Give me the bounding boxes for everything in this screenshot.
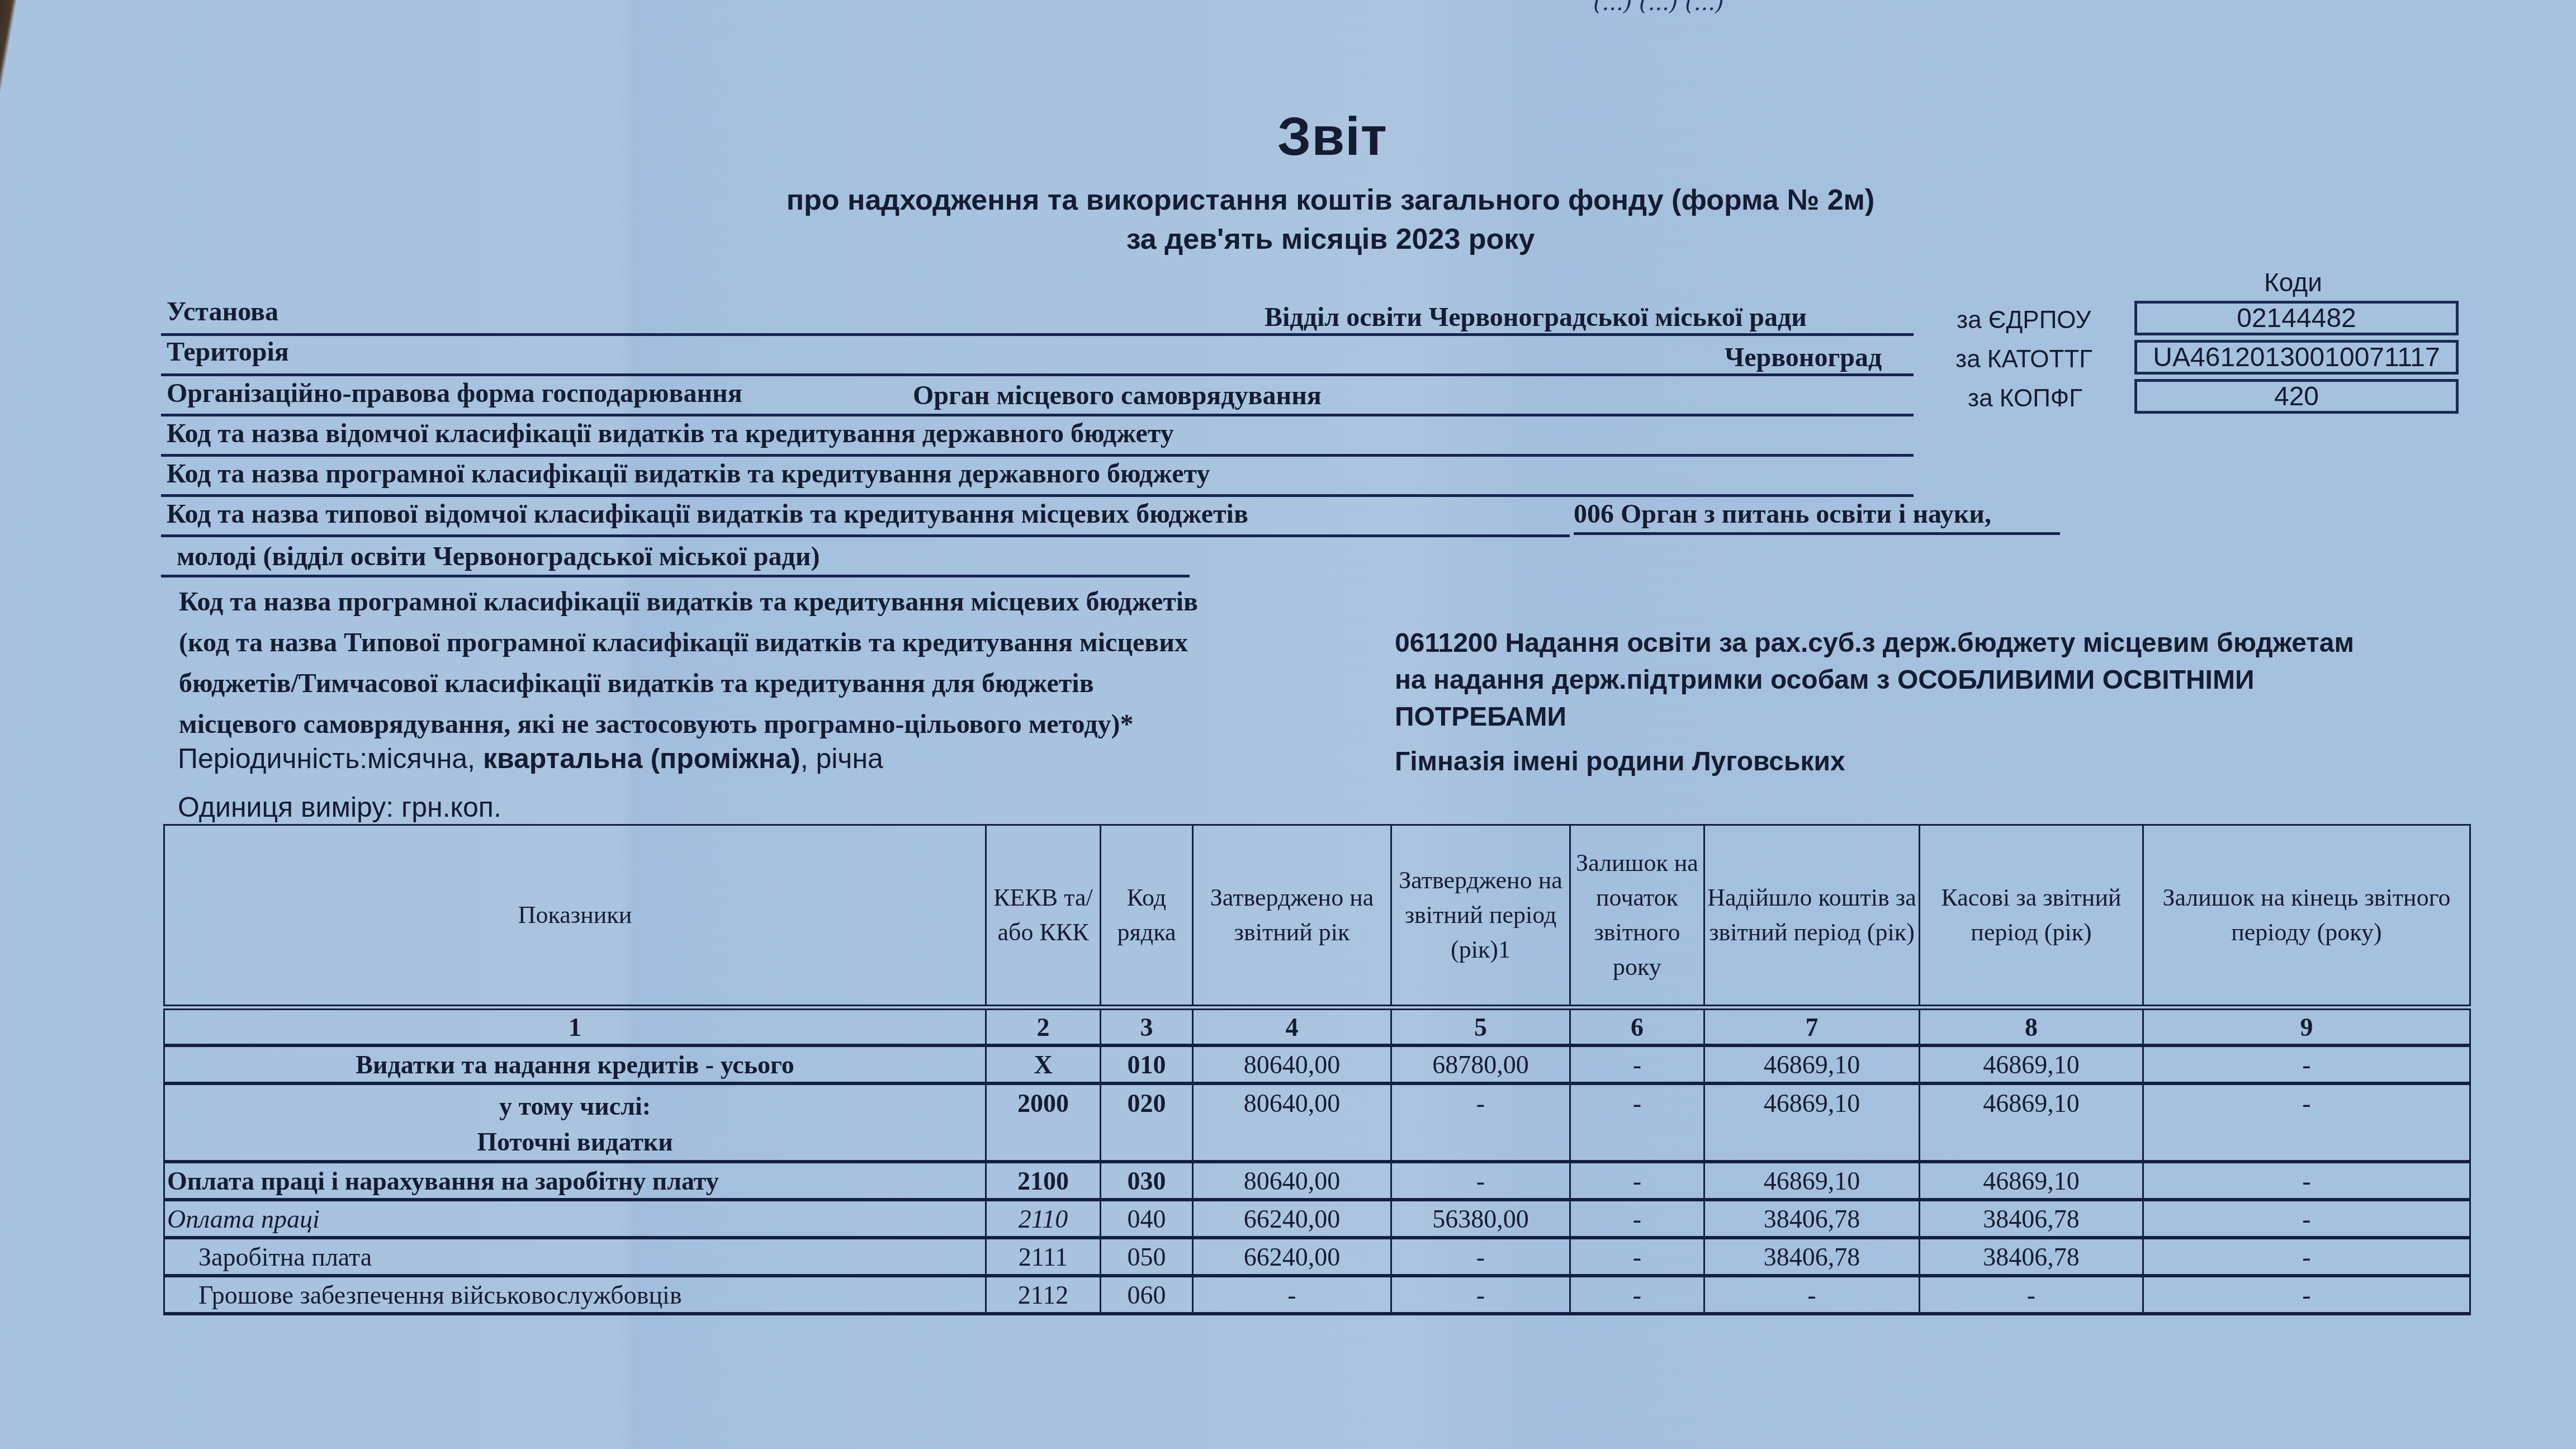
table-row: у тому числі: Поточні видатки 2000 020 8…	[164, 1083, 2470, 1162]
row-name: Видатки та надання кредитів - усього	[164, 1045, 986, 1083]
row-balance-start: -	[1570, 1200, 1704, 1238]
typical-dept-class-value-1: 006 Орган з питань освіти і науки,	[1574, 499, 1991, 529]
row-balance-end: -	[2143, 1200, 2470, 1238]
row-balance-start: -	[1570, 1238, 1704, 1276]
table-row: Грошове забезпечення військовослужбовців…	[164, 1276, 2470, 1314]
row-name: Грошове забезпечення військовослужбовців	[164, 1276, 986, 1314]
row-code: 040	[1101, 1200, 1193, 1238]
typical-dept-class-underline	[161, 534, 1570, 537]
code-label-katottg: за КАТОТТГ	[1955, 345, 2092, 373]
column-header: КЕКВ та/або ККК	[986, 825, 1101, 1008]
column-number: 3	[1101, 1007, 1193, 1045]
row-received: 38406,78	[1704, 1238, 1920, 1276]
prog-class-state-label: Код та назва програмної класифікації вид…	[167, 458, 1210, 489]
row-balance-end: -	[2143, 1162, 2470, 1200]
column-header: Надійшло коштів за звітний період (рік)	[1704, 825, 1920, 1008]
unit-of-measure: Одиниця виміру: грн.коп.	[178, 791, 501, 823]
report-title: Звіт	[1277, 106, 1388, 168]
table-row: Видатки та надання кредитів - усього X 0…	[164, 1045, 2470, 1083]
row-code: 030	[1101, 1162, 1193, 1200]
row-name: Оплата праці	[164, 1200, 986, 1238]
prog-class-local-label: Код та назва програмної класифікації вид…	[179, 581, 1409, 745]
row-kekv: 2000	[986, 1083, 1101, 1162]
row-kekv: 2111	[986, 1238, 1101, 1276]
code-value-kopfg: 420	[2134, 379, 2459, 414]
row-received: 38406,78	[1704, 1200, 1920, 1238]
row-code: 020	[1101, 1083, 1193, 1162]
row-received: 46869,10	[1704, 1045, 1920, 1083]
row-cash: -	[1920, 1276, 2143, 1314]
row-cash: 46869,10	[1920, 1162, 2143, 1200]
row-kekv: 2110	[986, 1200, 1101, 1238]
row-balance-start: -	[1570, 1045, 1704, 1083]
row-cash: 38406,78	[1920, 1238, 2143, 1276]
school-name: Гімназія імені родини Луговських	[1395, 746, 1845, 777]
row-cash: 38406,78	[1920, 1200, 2143, 1238]
column-number: 1	[164, 1007, 986, 1045]
row-kekv: X	[986, 1045, 1101, 1083]
row-approved-year: 66240,00	[1193, 1200, 1391, 1238]
prog-class-local-value-line: на надання держ.підтримки особам з ОСОБЛ…	[1395, 662, 2457, 699]
row-name-line-1: у тому числі:	[167, 1088, 983, 1124]
dept-class-state-label: Код та назва відомчої класифікації видат…	[167, 418, 1174, 449]
prog-class-local-line: Код та назва програмної класифікації вид…	[179, 581, 1409, 622]
row-received: 46869,10	[1704, 1083, 1920, 1162]
row-received: 46869,10	[1704, 1162, 1920, 1200]
column-number: 8	[1920, 1007, 2143, 1045]
column-header: Код рядка	[1101, 825, 1193, 1008]
row-kekv: 2100	[986, 1162, 1101, 1200]
column-number: 6	[1570, 1007, 1704, 1045]
column-header: Показники	[164, 825, 986, 1008]
prog-class-local-line: місцевого самоврядування, які не застосо…	[179, 704, 1409, 745]
report-subtitle: про надходження та використання коштів з…	[755, 183, 1906, 217]
codes-title: Коди	[2264, 267, 2322, 297]
prog-class-local-value-line: ПОТРЕБАМИ	[1395, 699, 2457, 736]
table-row: Заробітна плата 2111 050 66240,00 - - 38…	[164, 1238, 2470, 1276]
org-form-value: Орган місцевого самоврядування	[913, 380, 1322, 411]
row-received: -	[1704, 1276, 1920, 1314]
column-header: Касові за звітний період (рік)	[1920, 825, 2143, 1008]
row-code: 060	[1101, 1276, 1193, 1314]
column-number: 4	[1193, 1007, 1391, 1045]
periodicity: Періодичність:місячна, квартальна (промі…	[178, 742, 883, 775]
periodicity-selected: квартальна (проміжна)	[483, 743, 801, 774]
typical-dept-class-value-underline	[1574, 532, 2060, 535]
periodicity-suffix: , річна	[801, 743, 883, 774]
row-approved-period: -	[1391, 1238, 1570, 1276]
row-code: 050	[1101, 1238, 1193, 1276]
territory-underline	[161, 373, 1914, 376]
column-number: 7	[1704, 1007, 1920, 1045]
code-label-edrpou: за ЄДРПОУ	[1957, 306, 2091, 334]
prog-class-local-line: (код та назва Типової програмної класифі…	[179, 622, 1409, 663]
row-name-line-2: Поточні видатки	[167, 1124, 983, 1160]
row-balance-start: -	[1570, 1162, 1704, 1200]
column-number: 5	[1391, 1007, 1570, 1045]
row-approved-year: 80640,00	[1193, 1162, 1391, 1200]
report-period: за дев'ять місяців 2023 року	[755, 222, 1906, 256]
code-value-katottg: UA46120130010071117	[2134, 340, 2459, 375]
column-number: 2	[986, 1007, 1101, 1045]
row-approved-period: -	[1391, 1083, 1570, 1162]
dept-class-state-underline	[161, 454, 1914, 457]
table-header-row: Показники КЕКВ та/або ККК Код рядка Затв…	[164, 825, 2470, 1008]
typical-dept-class-value-2-underline	[161, 575, 1190, 577]
territory-label: Територія	[167, 337, 289, 367]
row-approved-year: 80640,00	[1193, 1045, 1391, 1083]
table-row: Оплата праці 2110 040 66240,00 56380,00 …	[164, 1200, 2470, 1238]
code-label-kopfg: за КОПФГ	[1968, 385, 2082, 413]
row-name: Оплата праці і нарахування на заробітну …	[164, 1162, 986, 1200]
institution-value: Відділ освіти Червоноградської міської р…	[1265, 302, 1807, 333]
column-header: Залишок на початок звітного року	[1570, 825, 1704, 1008]
institution-label: Установа	[167, 296, 278, 327]
column-header: Затверджено на звітний рік	[1193, 825, 1391, 1008]
row-balance-start: -	[1570, 1276, 1704, 1314]
row-balance-end: -	[2143, 1276, 2470, 1314]
prog-class-state-underline	[161, 494, 1914, 497]
prog-class-local-line: бюджетів/Тимчасової класифікації видаткі…	[179, 663, 1409, 704]
row-approved-period: -	[1391, 1162, 1570, 1200]
column-number: 9	[2143, 1007, 2470, 1045]
row-balance-end: -	[2143, 1083, 2470, 1162]
row-approved-period: -	[1391, 1276, 1570, 1314]
row-name: у тому числі: Поточні видатки	[164, 1083, 986, 1162]
org-form-underline	[161, 414, 1914, 416]
row-approved-period: 56380,00	[1391, 1200, 1570, 1238]
row-cash: 46869,10	[1920, 1045, 2143, 1083]
row-approved-period: 68780,00	[1391, 1045, 1570, 1083]
cut-off-header-text: (...) (...) (...)	[1593, 0, 1724, 16]
row-kekv: 2112	[986, 1276, 1101, 1314]
row-cash: 46869,10	[1920, 1083, 2143, 1162]
code-value-edrpou: 02144482	[2134, 301, 2459, 335]
prog-class-local-value-line: 0611200 Надання освіти за рах.суб.з держ…	[1395, 625, 2457, 662]
row-balance-start: -	[1570, 1083, 1704, 1162]
typical-dept-class-label: Код та назва типової відомчої класифікац…	[167, 499, 1248, 529]
row-approved-year: 80640,00	[1193, 1083, 1391, 1162]
typical-dept-class-value-2: молоді (відділ освіти Червоноградської м…	[177, 541, 820, 572]
periodicity-prefix: Періодичність:місячна,	[178, 743, 483, 774]
prog-class-local-value: 0611200 Надання освіти за рах.суб.з держ…	[1395, 625, 2457, 736]
row-approved-year: 66240,00	[1193, 1238, 1391, 1276]
org-form-label: Організаційно-правова форма господарюван…	[167, 378, 742, 409]
row-name: Заробітна плата	[164, 1238, 986, 1276]
column-header: Залишок на кінець звітного періоду (року…	[2143, 825, 2470, 1008]
territory-value: Червоноград	[1725, 342, 1882, 373]
column-number-row: 1 2 3 4 5 6 7 8 9	[164, 1007, 2470, 1045]
row-approved-year: -	[1193, 1276, 1391, 1314]
column-header: Затверджено на звітний період (рік)1	[1391, 825, 1570, 1008]
institution-underline	[161, 333, 1914, 336]
table-row: Оплата праці і нарахування на заробітну …	[164, 1162, 2470, 1200]
row-balance-end: -	[2143, 1045, 2470, 1083]
document-page: (...) (...) (...) Звіт про надходження т…	[17, 0, 2576, 1449]
row-code: 010	[1101, 1045, 1193, 1083]
report-table: Показники КЕКВ та/або ККК Код рядка Затв…	[163, 824, 2471, 1315]
row-balance-end: -	[2143, 1238, 2470, 1276]
